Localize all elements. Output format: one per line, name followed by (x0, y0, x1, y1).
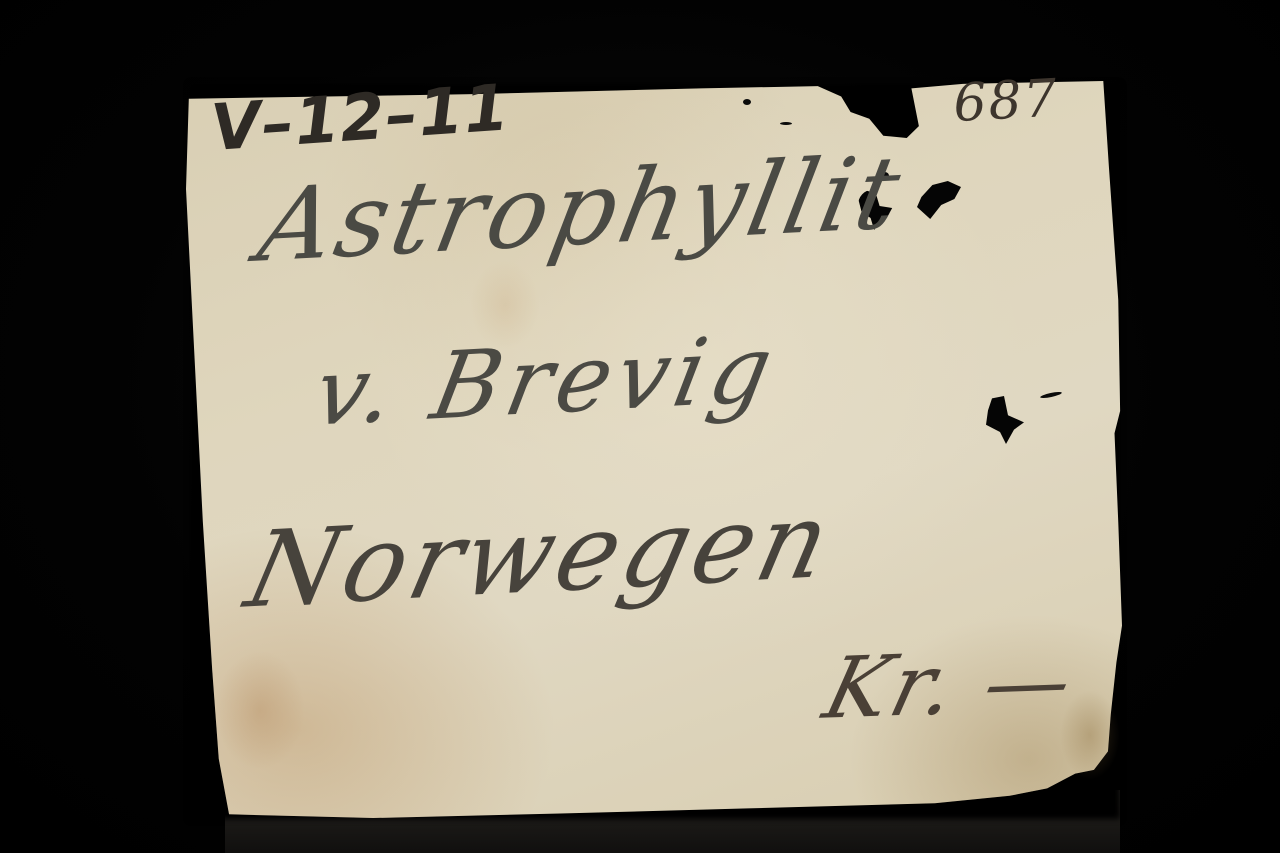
price-text: Kr. — (815, 630, 1086, 738)
catalog-number-text: 687 (952, 69, 1060, 134)
photo-scene: V–12–11 687 Astrophyllit v. Brevig Norwe… (0, 0, 1280, 853)
paper-speck (743, 99, 751, 105)
paper-speck (780, 122, 792, 125)
